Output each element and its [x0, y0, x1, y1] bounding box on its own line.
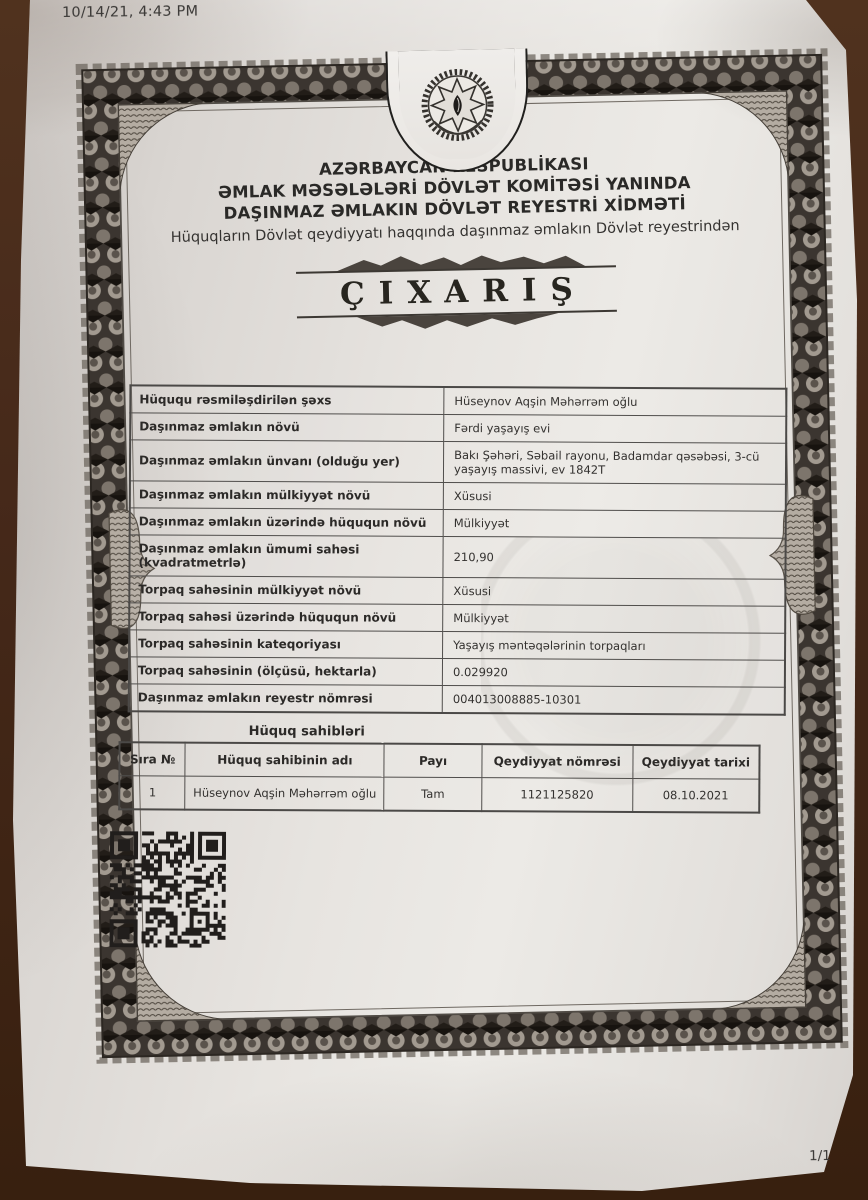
detail-value: 004013008885-10301 [442, 685, 785, 714]
detail-value: Fərdi yaşayış evi [444, 414, 787, 443]
details-row: Torpaq sahəsinin kateqoriyasıYaşayış mən… [129, 630, 785, 660]
detail-label: Torpaq sahəsinin kateqoriyası [129, 630, 443, 659]
owners-cell: Tam [384, 777, 481, 811]
mountain-ornament-bottom [287, 308, 627, 335]
photo-of-document: AZƏRBAYCAN RESPUBLİKASIƏMLAK MƏSƏLƏLƏRİ … [0, 0, 868, 1200]
details-row: Torpaq sahəsi üzərində hüququn növüMülki… [129, 603, 785, 633]
detail-label: Daşınmaz əmlakın mülkiyyət növü [130, 481, 444, 510]
details-row: Daşınmaz əmlakın reyestr nömrəsi00401300… [129, 684, 785, 715]
owners-cell: 08.10.2021 [632, 778, 759, 812]
owners-column-header: Hüquq sahibinin adı [185, 743, 384, 778]
detail-value: Xüsusi [443, 577, 786, 606]
details-row: Daşınmaz əmlakın mülkiyyət növüXüsusi [130, 481, 786, 511]
details-row: Daşınmaz əmlakın ünvanı (olduğu yer)Bakı… [130, 440, 786, 484]
detail-label: Torpaq sahəsi üzərində hüququn növü [129, 603, 443, 632]
owners-table: Sıra №Hüquq sahibinin adıPayıQeydiyyat n… [118, 741, 760, 813]
details-row: Daşınmaz əmlakın növüFərdi yaşayış evi [130, 413, 786, 443]
detail-label: Daşınmaz əmlakın ünvanı (olduğu yer) [130, 440, 444, 483]
detail-value: 0.029920 [442, 658, 785, 687]
azerbaijan-state-emblem-icon [418, 65, 498, 145]
detail-label: Daşınmaz əmlakın ümumi sahəsi (kvadratme… [129, 535, 443, 578]
details-row: Hüququ rəsmiləşdirilən şəxsHüseynov Aqşi… [130, 385, 786, 416]
certificate: AZƏRBAYCAN RESPUBLİKASIƏMLAK MƏSƏLƏLƏRİ … [76, 48, 849, 1064]
detail-label: Torpaq sahəsinin (ölçüsü, hektarla) [129, 657, 443, 686]
detail-value: 210,90 [443, 536, 786, 579]
owners-column-header: Sıra № [119, 742, 185, 776]
detail-label: Hüququ rəsmiləşdirilən şəxs [130, 385, 444, 414]
owners-cell: 1 [119, 776, 185, 810]
details-row: Daşınmaz əmlakın ümumi sahəsi (kvadratme… [129, 535, 785, 579]
owners-cell: Hüseynov Aqşin Məhərrəm oğlu [185, 776, 384, 811]
details-row: Daşınmaz əmlakın üzərində hüququn növüMü… [130, 508, 786, 538]
title-block: ÇIXARIŞ [80, 244, 834, 340]
owners-column-header: Qeydiyyat tarixi [633, 745, 760, 779]
detail-label: Daşınmaz əmlakın üzərində hüququn növü [130, 508, 444, 537]
owners-section-title: Hüquq sahibləri [249, 724, 833, 742]
details-row: Torpaq sahəsinin mülkiyyət növüXüsusi [129, 576, 785, 606]
detail-label: Daşınmaz əmlakın növü [130, 413, 444, 442]
certificate-body: Hüququ rəsmiləşdirilən şəxsHüseynov Aqşi… [79, 384, 834, 951]
owners-cell: 1121125820 [481, 778, 632, 812]
qr-code-icon [109, 831, 226, 948]
details-row: Torpaq sahəsinin (ölçüsü, hektarla)0.029… [129, 657, 785, 687]
detail-value: Bakı Şəhəri, Səbail rayonu, Badamdar qəs… [443, 441, 786, 484]
owners-row: 1Hüseynov Aqşin Məhərrəm oğluTam11211258… [119, 776, 759, 813]
owners-column-header: Qeydiyyat nömrəsi [482, 744, 633, 778]
detail-value: Mülkiyyət [443, 509, 786, 538]
detail-label: Daşınmaz əmlakın reyestr nömrəsi [129, 684, 443, 713]
detail-value: Xüsusi [443, 482, 786, 511]
owners-column-header: Payı [384, 744, 481, 778]
detail-value: Mülkiyyət [443, 604, 786, 633]
detail-value: Hüseynov Aqşin Məhərrəm oğlu [444, 387, 787, 416]
document-title: ÇIXARIŞ [94, 266, 833, 317]
detail-value: Yaşayış məntəqələrinin torpaqları [443, 631, 786, 660]
detail-label: Torpaq sahəsinin mülkiyyət növü [129, 576, 443, 605]
property-details-table: Hüququ rəsmiləşdirilən şəxsHüseynov Aqşi… [128, 384, 788, 715]
